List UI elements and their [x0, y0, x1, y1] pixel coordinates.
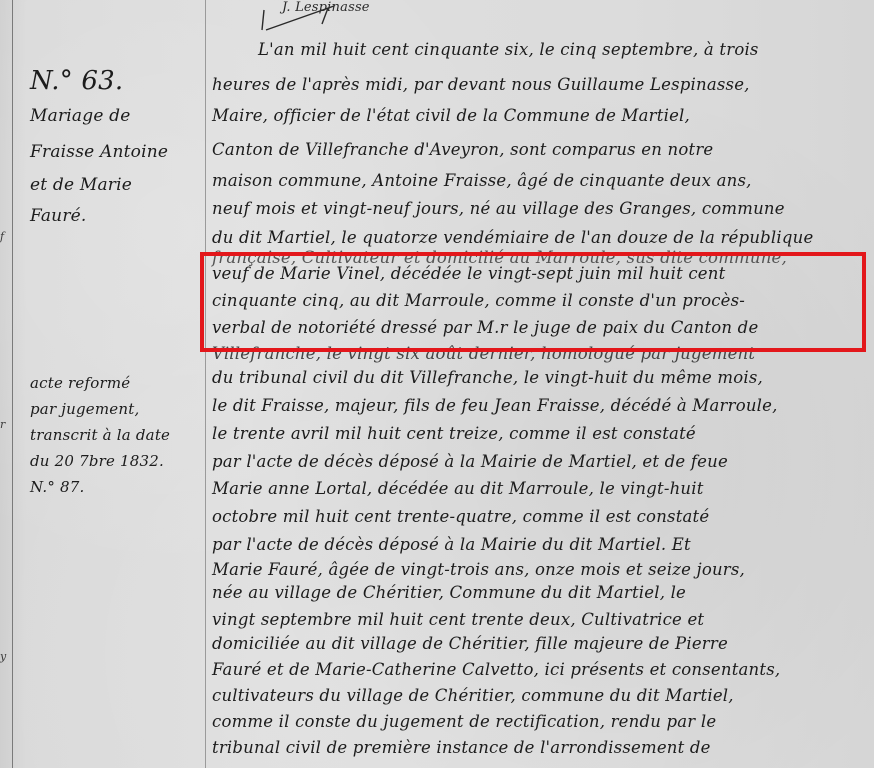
body-line: du tribunal civil du dit Villefranche, l… — [212, 368, 763, 388]
body-line: neuf mois et vingt-neuf jours, né au vil… — [212, 199, 785, 219]
margin-title-line: et de Marie — [30, 175, 132, 195]
body-line: née au village de Chéritier, Commune du … — [212, 583, 686, 603]
margin-annotation-line: N.° 87. — [30, 478, 84, 496]
body-line: Villefranche, le vingt six août dernier,… — [212, 344, 755, 364]
margin-title-line: Fraisse Antoine — [30, 142, 168, 162]
register-page: f r y J. Lespinasse N.° 63. Mariage de F… — [0, 0, 874, 768]
margin-rule — [205, 0, 206, 768]
margin-annotation-line: acte reformé — [30, 374, 130, 392]
margin-title-line: Fauré. — [30, 206, 87, 226]
body-line: domiciliée au dit village de Chéritier, … — [212, 634, 728, 654]
body-line: veuf de Marie Vinel, décédée le vingt-se… — [212, 264, 725, 284]
entry-number: N.° 63. — [30, 66, 123, 96]
body-line: le trente avril mil huit cent treize, co… — [212, 424, 696, 444]
body-line: octobre mil huit cent trente-quatre, com… — [212, 507, 709, 527]
body-line: vingt septembre mil huit cent trente deu… — [212, 610, 704, 630]
body-line: Marie anne Lortal, décédée au dit Marrou… — [212, 479, 704, 499]
margin-annotation-line: du 20 7bre 1832. — [30, 452, 164, 470]
edge-mark: r — [0, 418, 5, 431]
page-edge-rule — [12, 0, 13, 768]
body-line: verbal de notoriété dressé par M.r le ju… — [212, 318, 758, 338]
body-line: le dit Fraisse, majeur, fils de feu Jean… — [212, 396, 778, 416]
body-line: Maire, officier de l'état civil de la Co… — [212, 106, 690, 126]
signature-fragment: J. Lespinasse — [282, 0, 370, 15]
margin-annotation-line: par jugement, — [30, 400, 139, 418]
body-line: maison commune, Antoine Fraisse, âgé de … — [212, 171, 752, 191]
body-line: du dit Martiel, le quatorze vendémiaire … — [212, 228, 813, 248]
margin-title-line: Mariage de — [30, 106, 131, 126]
body-line: L'an mil huit cent cinquante six, le cin… — [258, 40, 759, 60]
body-line: Canton de Villefranche d'Aveyron, sont c… — [212, 140, 713, 160]
edge-mark: f — [0, 230, 4, 243]
body-line: cinquante cinq, au dit Marroule, comme i… — [212, 291, 745, 311]
body-line: tribunal civil de première instance de l… — [212, 738, 711, 758]
body-line: par l'acte de décès déposé à la Mairie d… — [212, 452, 728, 472]
edge-mark: y — [0, 650, 6, 663]
body-line: Marie Fauré, âgée de vingt-trois ans, on… — [212, 560, 745, 580]
previous-page-edge: f r y — [0, 0, 12, 768]
body-line: cultivateurs du village de Chéritier, co… — [212, 686, 734, 706]
body-line: heures de l'après midi, par devant nous … — [212, 75, 750, 95]
margin-annotation-line: transcrit à la date — [30, 426, 170, 444]
body-line: comme il conste du jugement de rectifica… — [212, 712, 716, 732]
body-line: Fauré et de Marie-Catherine Calvetto, ic… — [212, 660, 780, 680]
body-line: par l'acte de décès déposé à la Mairie d… — [212, 535, 691, 555]
